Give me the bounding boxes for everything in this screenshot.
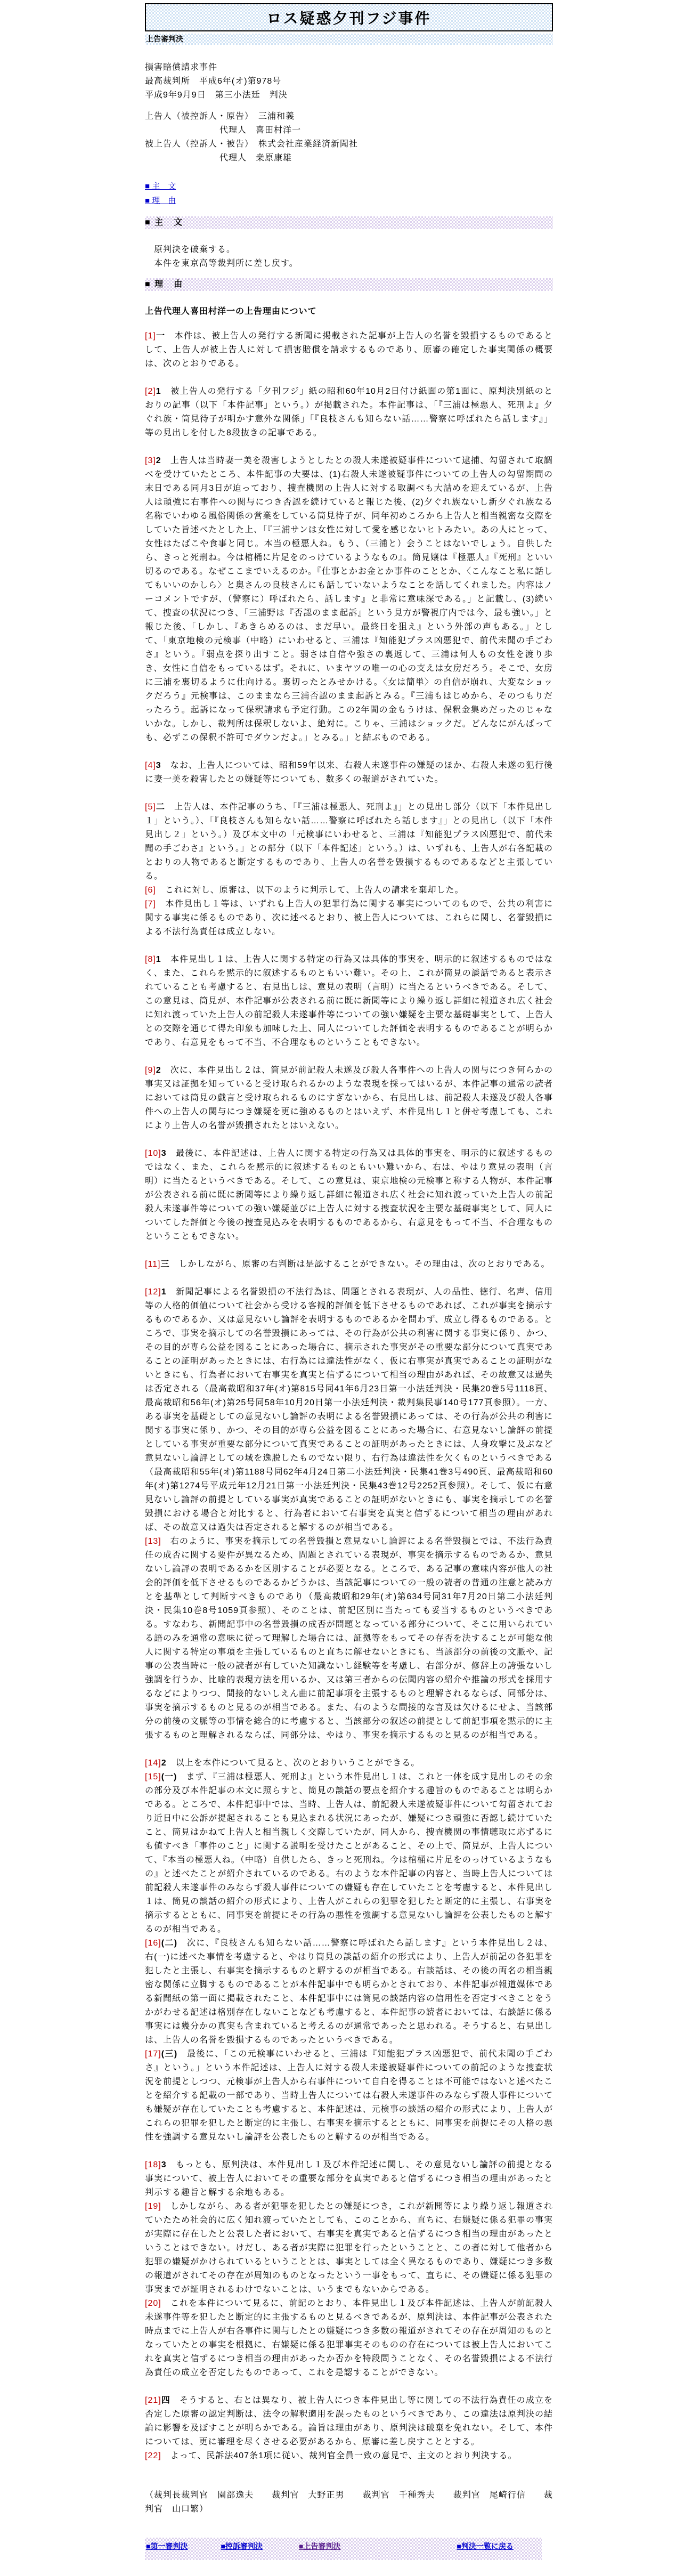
judgment-page: ロス疑惑夕刊フジ事件 上告審判決 損害賠償請求事件 最高裁判所 平成6年(オ)第… <box>145 3 553 2560</box>
paragraph-text: 次に、本件見出し２は、筒見が前記殺人未遂及び殺人各事件への上告人の関与につき何ら… <box>145 1066 553 1130</box>
paragraph-text: これを本件について見るに、前記のとおり、本件見出し１及び本件記述は、上告人が前記… <box>145 2299 553 2377</box>
paragraph-text: もっとも、原判決は、本件見出し１及び本件記述に関し、その意見ないし論評の前提とな… <box>145 2160 553 2197</box>
paragraph-lead: 二 <box>156 803 165 812</box>
paragraph: [12]1 新聞記事による名誉毀損の不法行為は、問題とされる表現が、人の品性、徳… <box>145 1285 553 1535</box>
paragraph: [13] 右のように、事実を摘示しての名誉毀損と意見ないし論評による名誉毀損とで… <box>145 1535 553 1743</box>
case-info: 損害賠償請求事件 最高裁判所 平成6年(オ)第978号 平成9年9月9日 第三小… <box>145 61 553 102</box>
paragraph-text: しかしながら、原審の右判断は是認することができない。その理由は、次のとおりである… <box>170 1260 550 1269</box>
paragraph-marker: [8] <box>145 955 156 964</box>
paragraph-text: 上告人は当時妻一美を殺害しようとしたとの殺人未遂被疑事件について逮捕、勾留されて… <box>145 456 553 742</box>
paragraph: [15](一) まず、『三浦は極悪人、死刑よ』という本件見出し１は、これと一体を… <box>145 1770 553 1937</box>
judges-line: （裁判長裁判官 園部逸夫 裁判官 大野正男 裁判官 千種秀夫 裁判官 尾崎行信 … <box>145 2489 553 2516</box>
paragraph-marker: [1] <box>145 331 156 341</box>
footer-link-final-appeal[interactable]: ■上告審判決 <box>299 2541 340 2551</box>
paragraph-marker: [11] <box>145 1260 161 1269</box>
paragraph-marker: [12] <box>145 1287 161 1297</box>
paragraph-marker: [18] <box>145 2160 161 2169</box>
table-of-contents: ■ 主 文 ■ 理 由 <box>145 179 553 208</box>
paragraph: [19] しかしながら、ある者が犯罪を犯したとの嫌疑につき，これが新聞等により繰… <box>145 2200 553 2297</box>
paragraph-marker: [2] <box>145 387 156 396</box>
footer-link-back-to-list[interactable]: ■判決一覧に戻る <box>457 2541 513 2551</box>
paragraph-lead: 3 <box>161 1149 167 1158</box>
reasons-subheading: 上告代理人喜田村洋一の上告理由について <box>145 305 553 319</box>
paragraph: [10]3 最後に、本件記述は、上告人に関する特定の行為又は具体的事実を、明示的… <box>145 1147 553 1244</box>
paragraph-text: 被上告人の発行する「夕刊フジ」紙の昭和60年10月2日付け紙面の第1面に、原判決… <box>145 387 553 438</box>
subtitle-bar: 上告審判決 <box>145 34 553 45</box>
page-title-banner: ロス疑惑夕刊フジ事件 <box>145 3 553 31</box>
paragraph-marker: [14] <box>145 1759 161 1768</box>
paragraph-lead: (二) <box>161 1939 177 1948</box>
paragraph: [4]3 なお、上告人については、昭和59年以来、右殺人未遂事件の嫌疑のほか、右… <box>145 759 553 787</box>
paragraph-marker: [15] <box>145 1772 161 1781</box>
paragraph-marker: [16] <box>145 1939 161 1948</box>
paragraph: [6] これに対し、原審は、以下のように判示して、上告人の請求を棄却した。 <box>145 884 553 897</box>
subtitle: 上告審判決 <box>146 35 183 43</box>
paragraph: [2]1 被上告人の発行する「夕刊フジ」紙の昭和60年10月2日付け紙面の第1面… <box>145 385 553 440</box>
paragraph-marker: [5] <box>145 803 156 812</box>
paragraph-lead: (一) <box>161 1772 177 1781</box>
paragraph-marker: [13] <box>145 1537 161 1546</box>
paragraph: [3]2 上告人は当時妻一美を殺害しようとしたとの殺人未遂被疑事件について逮捕、… <box>145 454 553 745</box>
reasons-body: [1]一 本件は、被上告人の発行する新聞に掲載された記事が上告人の名誉を毀損する… <box>145 329 553 2463</box>
paragraph-lead: 三 <box>161 1260 170 1269</box>
paragraph-lead: 四 <box>161 2396 170 2405</box>
footer-link-appeal-trial[interactable]: ■控訴審判決 <box>221 2541 262 2551</box>
paragraph-lead: 2 <box>156 456 161 465</box>
toc-link-main-text[interactable]: ■ 主 文 <box>145 182 176 191</box>
case-type: 損害賠償請求事件 <box>145 61 553 75</box>
paragraph: [18]3 もっとも、原判決は、本件見出し１及び本件記述に関し、その意見ないし論… <box>145 2158 553 2200</box>
paragraph-lead: 3 <box>161 2160 167 2169</box>
appellee-line: 被上告人（控訴人・被告） 株式会社産業経済新聞社 <box>145 137 553 151</box>
paragraph: [1]一 本件は、被上告人の発行する新聞に掲載された記事が上告人の名誉を毀損する… <box>145 329 553 371</box>
paragraph-lead: 一 <box>156 331 166 341</box>
paragraph-lead: 1 <box>161 1287 167 1297</box>
footer-link-first-instance[interactable]: ■第一審判決 <box>146 2541 188 2551</box>
page-title: ロス疑惑夕刊フジ事件 <box>267 7 431 28</box>
case-court-number: 最高裁判所 平成6年(オ)第978号 <box>145 75 553 88</box>
paragraph-marker: [9] <box>145 1066 156 1075</box>
paragraph-text: 次に、『良枝さんも知らない話……警察に呼ばれたら話します』という本件見出し２は、… <box>145 1939 553 2045</box>
paragraph-lead: 2 <box>156 1066 161 1075</box>
appellee-counsel-line: 代理人 桒原康雄 <box>145 151 553 165</box>
paragraph: [20] これを本件について見るに、前記のとおり、本件見出し１及び本件記述は、上… <box>145 2297 553 2380</box>
paragraph-lead: (三) <box>161 2050 177 2059</box>
paragraph-text: そうすると、右とは異なり、被上告人につき本件見出し等に関しての不法行為責任の成立… <box>145 2396 553 2447</box>
main-text-body: 原判決を破棄する。 本件を東京高等裁判所に差し戻す。 <box>145 243 553 271</box>
paragraph: [9]2 次に、本件見出し２は、筒見が前記殺人未遂及び殺人各事件への上告人の関与… <box>145 1064 553 1133</box>
paragraph-text: よって、民訴法407条1項に従い、裁判官全員一致の意見で、主文のとおり判決する。 <box>161 2451 517 2460</box>
footer-nav: ■第一審判決■控訴審判決■上告審判決■判決一覧に戻る <box>145 2538 542 2560</box>
paragraph-text: 本件見出し１等は、いずれも上告人の犯罪行為に関する事実についてのもので、公共の利… <box>145 900 553 936</box>
paragraph-text: まず、『三浦は極悪人、死刑よ』という本件見出し１は、これと一体を成す見出しのその… <box>145 1772 553 1934</box>
paragraph: [22] よって、民訴法407条1項に従い、裁判官全員一致の意見で、主文のとおり… <box>145 2449 553 2463</box>
paragraph-text: これに対し、原審は、以下のように判示して、上告人の請求を棄却した。 <box>156 886 464 895</box>
paragraph-text: 本件見出し１は、上告人に関する特定の行為又は具体的事実を、明示的に叙述するもので… <box>145 955 553 1047</box>
paragraph-text: しかしながら、ある者が犯罪を犯したとの嫌疑につき，これが新聞等により繰り返し報道… <box>145 2202 553 2294</box>
paragraph-marker: [17] <box>145 2050 161 2059</box>
paragraph-marker: [21] <box>145 2396 161 2405</box>
paragraph-text: 本件は、被上告人の発行する新聞に掲載された記事が上告人の名誉を毀損するものである… <box>145 331 553 368</box>
paragraph-text: なお、上告人については、昭和59年以来、右殺人未遂事件の嫌疑のほか、右殺人未遂の… <box>145 761 553 784</box>
paragraph-marker: [20] <box>145 2299 161 2308</box>
paragraph-marker: [10] <box>145 1149 161 1158</box>
paragraph: [8]1 本件見出し１は、上告人に関する特定の行為又は具体的事実を、明示的に叙述… <box>145 953 553 1050</box>
paragraph: [14]2 以上を本件について見ると、次のとおりいうことができる。 <box>145 1756 553 1770</box>
paragraph-marker: [22] <box>145 2451 161 2460</box>
paragraph: [16](二) 次に、『良枝さんも知らない話……警察に呼ばれたら話します』という… <box>145 1937 553 2047</box>
main-text-line: 本件を東京高等裁判所に差し戻す。 <box>145 257 553 271</box>
paragraph-marker: [3] <box>145 456 156 465</box>
paragraph: [21]四 そうすると、右とは異なり、被上告人につき本件見出し等に関しての不法行… <box>145 2394 553 2449</box>
paragraph: [11]三 しかしながら、原審の右判断は是認することができない。その理由は、次の… <box>145 1258 553 1271</box>
paragraph-lead: 2 <box>161 1759 167 1768</box>
paragraph-text: 最後に、本件記述は、上告人に関する特定の行為又は具体的事実を、明示的に叙述するも… <box>145 1149 553 1241</box>
paragraph-text: 新聞記事による名誉毀損の不法行為は、問題とされる表現が、人の品性、徳行、名声、信… <box>145 1287 553 1532</box>
appellant-line: 上告人（被控訴人・原告） 三浦和義 <box>145 110 553 124</box>
section-header-main-text: ■ 主 文 <box>145 216 553 229</box>
parties: 上告人（被控訴人・原告） 三浦和義 代理人 喜田村洋一 被上告人（控訴人・被告）… <box>145 110 553 165</box>
toc-link-reasons[interactable]: ■ 理 由 <box>145 196 176 205</box>
appellant-counsel-line: 代理人 喜田村洋一 <box>145 124 553 137</box>
paragraph-text: 上告人は、本件記事のうち、「『三浦は極悪人、死刑よ』」との見出し部分（以下「本件… <box>145 803 553 881</box>
section-header-reasons: ■ 理 由 <box>145 278 553 291</box>
paragraph-text: 最後に、「この元検事にいわせると、三浦は『知能犯プラス凶悪犯で、前代未聞の手ごわ… <box>145 2050 553 2142</box>
paragraph-text: 右のように、事実を摘示しての名誉毀損と意見ないし論評による名誉毀損とでは、不法行… <box>145 1537 553 1740</box>
paragraph-marker: [19] <box>145 2202 161 2211</box>
paragraph-lead: 1 <box>156 387 161 396</box>
case-date-bench: 平成9年9月9日 第三小法廷 判決 <box>145 88 553 102</box>
paragraph: [7] 本件見出し１等は、いずれも上告人の犯罪行為に関する事実についてのもので、… <box>145 897 553 939</box>
paragraph-marker: [7] <box>145 900 156 909</box>
paragraph-lead: 3 <box>156 761 161 770</box>
paragraph: [17](三) 最後に、「この元検事にいわせると、三浦は『知能犯プラス凶悪犯で、… <box>145 2047 553 2144</box>
paragraph: [5]二 上告人は、本件記事のうち、「『三浦は極悪人、死刑よ』」との見出し部分（… <box>145 800 553 884</box>
paragraph-text: 以上を本件について見ると、次のとおりいうことができる。 <box>167 1759 420 1768</box>
paragraph-marker: [6] <box>145 886 156 895</box>
paragraph-lead: 1 <box>156 955 161 964</box>
paragraph-marker: [4] <box>145 761 156 770</box>
main-text-line: 原判決を破棄する。 <box>145 243 553 257</box>
